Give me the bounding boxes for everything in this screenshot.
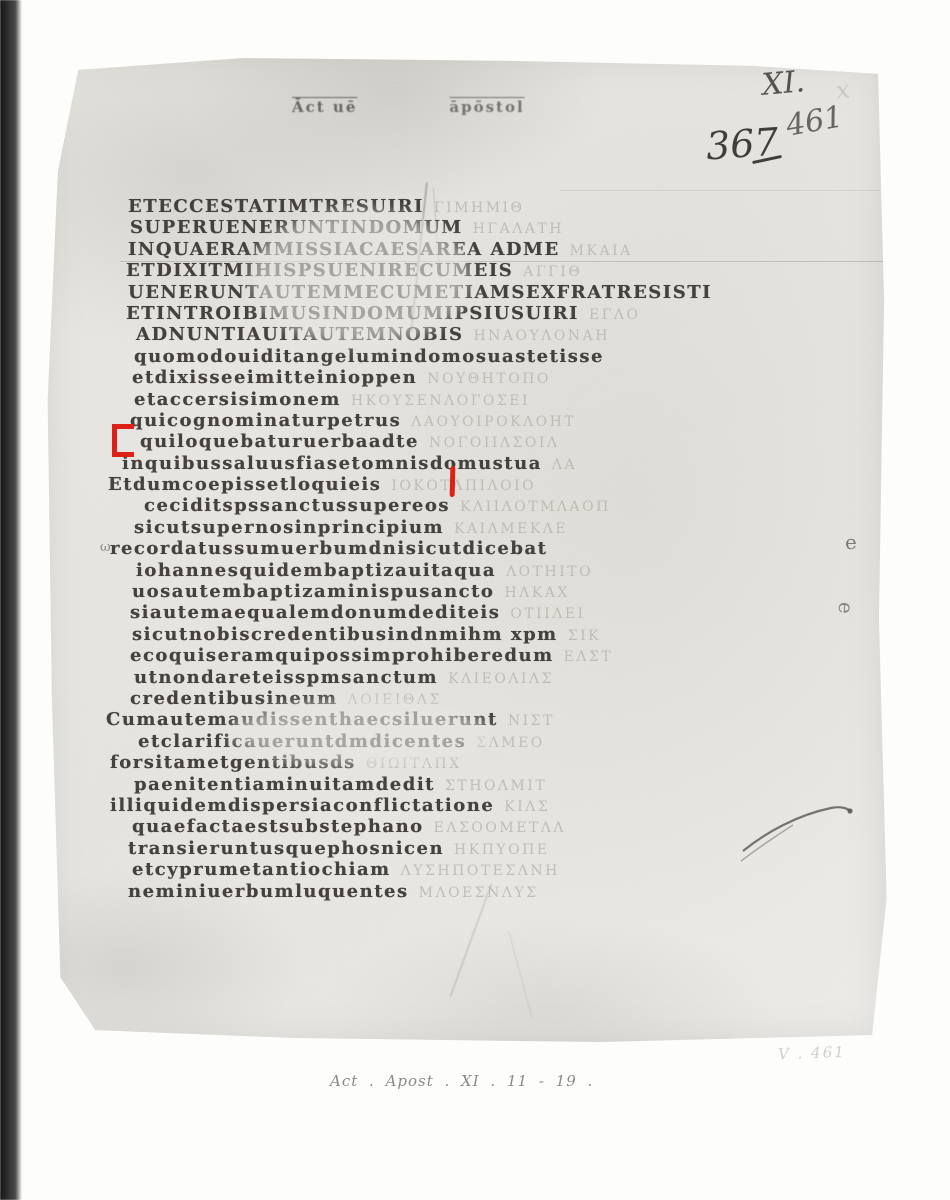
greek-bleedthrough-text: ΗΓΑΛΑΤΗ xyxy=(463,221,564,237)
latin-text: quomodouiditangelumindomosuastetisse xyxy=(134,346,604,367)
foliation-number-367: 367 xyxy=(705,120,780,169)
manuscript-line: quicognominaturpetrusΛΑΟΥΟΙΡΟΚΛΟΗΤ xyxy=(130,410,846,431)
latin-text: sicutnobiscredentibusindnmihm xpm xyxy=(132,624,558,645)
margin-letter-e-lower: e xyxy=(833,601,858,615)
greek-bleedthrough-text: ΛΑΟΥΟΙΡΟΚΛΟΗΤ xyxy=(401,414,576,430)
manuscript-line: ceciditspssanctussupereosΚΛΙΙΛΟΤΜΛΑΟΠ xyxy=(144,495,846,516)
greek-bleedthrough-text: ΝΟΓΟΙΙΛΣΟΙΛ xyxy=(419,435,560,451)
manuscript-line: ETDIXITMIHISPSUENIRECUMEISΑΓΓΙΘ xyxy=(126,260,846,281)
latin-text: sicutsupernosinprincipium xyxy=(134,517,444,538)
manuscript-line: recordatussumuerbumdnisicutdicebat xyxy=(110,538,846,559)
manuscript-line: ETINTROIBIMUSINDOMUMIPSIUSUIRIΕΓΛΟ xyxy=(126,303,846,324)
greek-bleedthrough-text: ΕΓΛΟ xyxy=(579,307,641,323)
manuscript-line: etdixisseeimitteinioppenΝΟΥΘΗΤΟΠΟ xyxy=(132,367,846,388)
smudge-wash xyxy=(230,700,490,766)
latin-text: ceciditspssanctussupereos xyxy=(144,495,450,516)
latin-text: inquibussaluusfiasetomnisdomustua xyxy=(122,453,542,474)
crease-mark xyxy=(508,931,532,1018)
manuscript-line: UENERUNTAUTEMMECUMETIAMSEXFRATRESISTI xyxy=(128,282,846,303)
latin-text: transieruntusquephosnicen xyxy=(128,838,444,859)
plate-caption: Act . Apost . XI . 11 - 19 . xyxy=(330,1072,593,1090)
manuscript-line: utnondareteisspmsanctumΚΛΙΕΟΛΙΛΣ xyxy=(134,667,846,688)
margin-omega-mark: ω xyxy=(100,540,111,555)
manuscript-line: quiloquebaturuerbaadteΝΟΓΟΙΙΛΣΟΙΛ xyxy=(140,431,846,452)
greek-bleedthrough-text: ΟΤΙΙΛΕΙ xyxy=(500,606,585,622)
manuscript-line: forsitametgentibusdsΘΙΩΙΤΛΠΧ xyxy=(110,752,846,773)
greek-bleedthrough-text: ΑΓΓΙΘ xyxy=(513,264,582,280)
margin-letter-e-upper: e xyxy=(845,530,857,554)
running-title-right: āpōstol xyxy=(449,98,524,116)
latin-text: ecoquiseramquipossimprohiberedum xyxy=(130,645,554,666)
film-edge-strip xyxy=(0,0,22,1200)
manuscript-line: ETECCESTATIMTRESUIRIΓΙΜΗΜΙΘ xyxy=(128,196,846,217)
red-bracket-mark xyxy=(112,424,134,457)
facsimile-photo: Āct uēāpōstol ETECCESTATIMTRESUIRIΓΙΜΗΜΙ… xyxy=(0,0,950,1200)
greek-bleedthrough-text: ΛΟΤΗΙΤΟ xyxy=(496,564,593,580)
latin-text: neminiuerbumluquentes xyxy=(128,881,409,902)
latin-text: recordatussumuerbumdnisicutdicebat xyxy=(110,538,547,559)
manuscript-line: neminiuerbumluquentesΜΛΟΕΣΝΛΥΣ xyxy=(128,881,846,902)
greek-bleedthrough-text: ΚΛΙΙΛΟΤΜΛΑΟΠ xyxy=(450,499,611,515)
latin-text: siautemaequalemdonumdediteis xyxy=(130,602,500,623)
greek-bleedthrough-text: ΜΚΑΙΑ xyxy=(560,243,633,259)
manuscript-line: inquibussaluusfiasetomnisdomustuaΛΑ xyxy=(122,453,846,474)
latin-text: paenitentiaminuitamdedit xyxy=(134,774,435,795)
red-stroke-mark xyxy=(450,466,456,497)
greek-bleedthrough-text: ΚΙΛΣ xyxy=(494,799,550,815)
manuscript-line: ADNUNTIAUITAUTEMNOBISΗΝΑΟΥΛΟΝΑΗ xyxy=(136,324,846,345)
greek-bleedthrough-text: ΓΙΜΗΜΙΘ xyxy=(424,200,525,216)
latin-text: illiquidemdispersiaconflictatione xyxy=(110,795,494,816)
latin-text: iohannesquidembaptizauitaqua xyxy=(136,560,496,581)
latin-text: quicognominaturpetrus xyxy=(130,410,401,431)
scratch-line xyxy=(560,190,880,191)
greek-bleedthrough-text: ΗΚΠΥΟΠΕ xyxy=(444,842,550,858)
latin-text: etaccersisimonem xyxy=(134,389,341,410)
manuscript-line: siautemaequalemdonumdediteisΟΤΙΙΛΕΙ xyxy=(130,602,846,623)
manuscript-line: etaccersisimonemΗΚΟΥΣΕΝΛΟΓΟΣΕΙ xyxy=(134,389,846,410)
greek-bleedthrough-text: ΕΛΣΤ xyxy=(554,649,614,665)
greek-bleedthrough-text: ΙΟΚΟΤΛΠΙΛΟΙΟ xyxy=(381,478,536,494)
manuscript-line: iohannesquidembaptizauitaquaΛΟΤΗΙΤΟ xyxy=(136,560,846,581)
greek-bleedthrough-text: ΗΛΚΑΧ xyxy=(494,585,569,601)
greek-bleedthrough-text: ΝΙΣΤ xyxy=(498,713,555,729)
latin-text: quiloquebaturuerbaadte xyxy=(140,431,419,452)
greek-bleedthrough-text: ΚΑΙΛΜΕΚΛΕ xyxy=(444,521,568,537)
plate-number-faint: V . 461 xyxy=(778,1043,846,1063)
manuscript-line: ecoquiseramquipossimprohiberedumΕΛΣΤ xyxy=(130,645,846,666)
greek-bleedthrough-text: ΛΥΣΗΠΟΤΕΣΛΝΗ xyxy=(391,863,560,879)
manuscript-line: sicutnobiscredentibusindnmihm xpmΣΙΚ xyxy=(132,624,846,645)
greek-bleedthrough-text: ΚΛΙΕΟΛΙΛΣ xyxy=(438,671,554,687)
latin-text: quaefactaestsubstephano xyxy=(132,816,424,837)
latin-text: utnondareteisspmsanctum xyxy=(134,667,438,688)
greek-bleedthrough-text: ΗΚΟΥΣΕΝΛΟΓΟΣΕΙ xyxy=(341,393,530,409)
foliation-roman-numeral: XI. xyxy=(761,64,807,103)
manuscript-line: EtdumcoepissetloquieisΙΟΚΟΤΛΠΙΛΟΙΟ xyxy=(108,474,846,495)
manuscript-line: SUPERUENERUNTINDOMUMΗΓΑΛΑΤΗ xyxy=(130,217,846,238)
manuscript-leaf: Āct uēāpōstol ETECCESTATIMTRESUIRIΓΙΜΗΜΙ… xyxy=(40,52,890,1047)
greek-bleedthrough-text: ΗΝΑΟΥΛΟΝΑΗ xyxy=(463,328,609,344)
running-title-left: Āct uē xyxy=(292,98,357,116)
greek-bleedthrough-text: ΜΛΟΕΣΝΛΥΣ xyxy=(409,885,539,901)
greek-bleedthrough-text: ΣΤΗΟΛΜΙΤ xyxy=(435,778,547,794)
greek-bleedthrough-text: ΕΛΣΟΟΜΕΤΛΛ xyxy=(424,820,566,836)
manuscript-line: uosautembaptizaminispusanctoΗΛΚΑΧ xyxy=(132,581,846,602)
latin-text: etdixisseeimitteinioppen xyxy=(132,367,417,388)
greek-bleedthrough-text: ΝΟΥΘΗΤΟΠΟ xyxy=(417,371,551,387)
latin-text: uosautembaptizaminispusancto xyxy=(132,581,494,602)
latin-text: Etdumcoepissetloquieis xyxy=(108,474,381,495)
manuscript-line: sicutsupernosinprincipiumΚΑΙΛΜΕΚΛΕ xyxy=(134,517,846,538)
manuscript-line: INQUAERAMMISSIACAESAREA ADMEΜΚΑΙΑ xyxy=(128,239,846,260)
pen-scribble-mark xyxy=(735,785,875,875)
greek-bleedthrough-text: ΣΙΚ xyxy=(558,628,601,644)
latin-text: etcyprumetantiochiam xyxy=(132,859,391,880)
running-title: Āct uēāpōstol xyxy=(292,98,525,116)
manuscript-line: credentibusineumΛΟΙΕΙΘΛΣ xyxy=(130,688,846,709)
greek-bleedthrough-text: ΛΑ xyxy=(542,457,577,473)
smudge-wash xyxy=(250,210,470,345)
manuscript-line: quomodouiditangelumindomosuastetisse xyxy=(134,346,846,367)
